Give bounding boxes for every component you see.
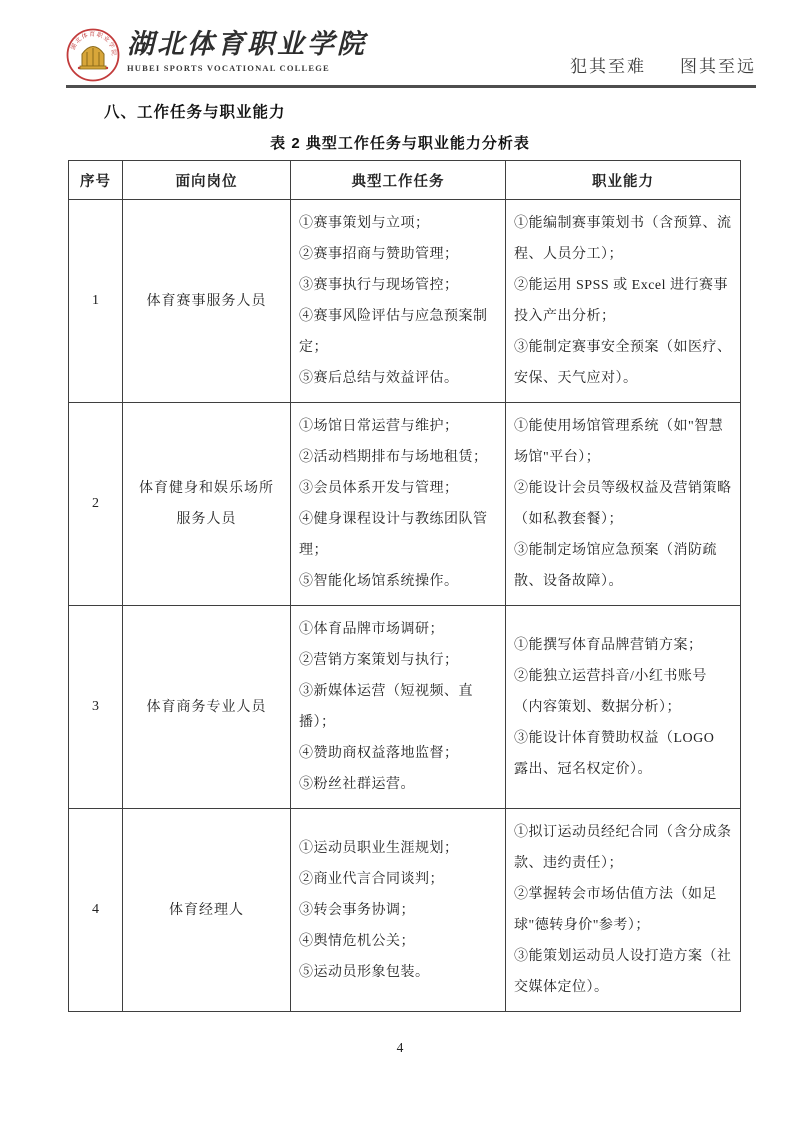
task-item: ①运动员职业生涯规划； bbox=[299, 833, 497, 864]
college-seal-icon: 湖北体育职业学院 bbox=[66, 28, 120, 82]
ability-item: ②能设计会员等级权益及营销策略（如私教套餐）； bbox=[514, 473, 732, 535]
task-item: ⑤粉丝社群运营。 bbox=[299, 769, 497, 800]
cell-abilities: ①拟订运动员经纪合同（含分成条款、违约责任）； ②掌握转会市场估值方法（如足球"… bbox=[506, 809, 741, 1012]
task-item: ④赞助商权益落地监督； bbox=[299, 738, 497, 769]
task-item: ③新媒体运营（短视频、直播）； bbox=[299, 676, 497, 738]
cell-tasks: ①运动员职业生涯规划； ②商业代言合同谈判； ③转会事务协调； ④舆情危机公关；… bbox=[291, 809, 506, 1012]
task-item: ③转会事务协调； bbox=[299, 895, 497, 926]
task-item: ④舆情危机公关； bbox=[299, 926, 497, 957]
col-header-tasks: 典型工作任务 bbox=[291, 161, 506, 200]
cell-tasks: ①体育品牌市场调研； ②营销方案策划与执行； ③新媒体运营（短视频、直播）； ④… bbox=[291, 606, 506, 809]
cell-no: 2 bbox=[69, 403, 123, 606]
ability-item: ②能独立运营抖音/小红书账号（内容策划、数据分析）； bbox=[514, 661, 732, 723]
section-heading: 八、工作任务与职业能力 bbox=[104, 100, 286, 122]
task-item: ①体育品牌市场调研； bbox=[299, 614, 497, 645]
table-row: 4 体育经理人 ①运动员职业生涯规划； ②商业代言合同谈判； ③转会事务协调； … bbox=[69, 809, 741, 1012]
task-item: ③赛事执行与现场管控； bbox=[299, 270, 497, 301]
task-item: ①场馆日常运营与维护； bbox=[299, 411, 497, 442]
task-item: ③会员体系开发与管理； bbox=[299, 473, 497, 504]
college-name-en: HUBEI SPORTS VOCATIONAL COLLEGE bbox=[127, 63, 367, 73]
page-header: 湖北体育职业学院 湖北体育职业学院 HUBEI SPORTS VOCATIONA… bbox=[66, 26, 756, 88]
cell-position: 体育经理人 bbox=[123, 809, 291, 1012]
college-name-block: 湖北体育职业学院 HUBEI SPORTS VOCATIONAL COLLEGE bbox=[127, 30, 367, 73]
cell-no: 4 bbox=[69, 809, 123, 1012]
cell-tasks: ①赛事策划与立项； ②赛事招商与赞助管理； ③赛事执行与现场管控； ④赛事风险评… bbox=[291, 200, 506, 403]
task-item: ⑤智能化场馆系统操作。 bbox=[299, 566, 497, 597]
analysis-table: 序号 面向岗位 典型工作任务 职业能力 1 体育赛事服务人员 ①赛事策划与立项；… bbox=[68, 160, 741, 1012]
motto-part2: 图其至远 bbox=[680, 57, 756, 76]
task-item: ④赛事风险评估与应急预案制定； bbox=[299, 301, 497, 363]
table-row: 2 体育健身和娱乐场所服务人员 ①场馆日常运营与维护； ②活动档期排布与场地租赁… bbox=[69, 403, 741, 606]
motto-part1: 犯其至难 bbox=[570, 57, 646, 76]
ability-item: ③能制定场馆应急预案（消防疏散、设备故障）。 bbox=[514, 535, 732, 597]
table-row: 1 体育赛事服务人员 ①赛事策划与立项； ②赛事招商与赞助管理； ③赛事执行与现… bbox=[69, 200, 741, 403]
col-header-abilities: 职业能力 bbox=[506, 161, 741, 200]
cell-abilities: ①能使用场馆管理系统（如"智慧场馆"平台）； ②能设计会员等级权益及营销策略（如… bbox=[506, 403, 741, 606]
cell-tasks: ①场馆日常运营与维护； ②活动档期排布与场地租赁； ③会员体系开发与管理； ④健… bbox=[291, 403, 506, 606]
college-motto: 犯其至难图其至远 bbox=[570, 52, 756, 77]
cell-no: 3 bbox=[69, 606, 123, 809]
table-row: 3 体育商务专业人员 ①体育品牌市场调研； ②营销方案策划与执行； ③新媒体运营… bbox=[69, 606, 741, 809]
table-header-row: 序号 面向岗位 典型工作任务 职业能力 bbox=[69, 161, 741, 200]
ability-item: ①能编制赛事策划书（含预算、流程、人员分工）； bbox=[514, 208, 732, 270]
cell-position: 体育赛事服务人员 bbox=[123, 200, 291, 403]
document-page: 湖北体育职业学院 湖北体育职业学院 HUBEI SPORTS VOCATIONA… bbox=[0, 0, 800, 1131]
cell-position: 体育健身和娱乐场所服务人员 bbox=[123, 403, 291, 606]
task-item: ⑤赛后总结与效益评估。 bbox=[299, 363, 497, 394]
task-item: ②营销方案策划与执行； bbox=[299, 645, 497, 676]
col-header-no: 序号 bbox=[69, 161, 123, 200]
ability-item: ②能运用 SPSS 或 Excel 进行赛事投入产出分析； bbox=[514, 270, 732, 332]
col-header-position: 面向岗位 bbox=[123, 161, 291, 200]
ability-item: ②掌握转会市场估值方法（如足球"德转身价"参考）； bbox=[514, 879, 732, 941]
ability-item: ①拟订运动员经纪合同（含分成条款、违约责任）； bbox=[514, 817, 732, 879]
ability-item: ③能制定赛事安全预案（如医疗、安保、天气应对）。 bbox=[514, 332, 732, 394]
task-item: ⑤运动员形象包装。 bbox=[299, 957, 497, 988]
table-title: 表 2 典型工作任务与职业能力分析表 bbox=[0, 132, 800, 153]
ability-item: ③能设计体育赞助权益（LOGO 露出、冠名权定价）。 bbox=[514, 723, 732, 785]
cell-no: 1 bbox=[69, 200, 123, 403]
ability-item: ①能使用场馆管理系统（如"智慧场馆"平台）； bbox=[514, 411, 732, 473]
ability-item: ③能策划运动员人设打造方案（社交媒体定位）。 bbox=[514, 941, 732, 1003]
cell-abilities: ①能撰写体育品牌营销方案； ②能独立运营抖音/小红书账号（内容策划、数据分析）；… bbox=[506, 606, 741, 809]
task-item: ②商业代言合同谈判； bbox=[299, 864, 497, 895]
college-name-zh: 湖北体育职业学院 bbox=[127, 30, 367, 60]
cell-abilities: ①能编制赛事策划书（含预算、流程、人员分工）； ②能运用 SPSS 或 Exce… bbox=[506, 200, 741, 403]
ability-item: ①能撰写体育品牌营销方案； bbox=[514, 630, 732, 661]
college-brand: 湖北体育职业学院 湖北体育职业学院 HUBEI SPORTS VOCATIONA… bbox=[66, 26, 367, 82]
page-number: 4 bbox=[0, 1040, 800, 1056]
task-item: ①赛事策划与立项； bbox=[299, 208, 497, 239]
task-item: ④健身课程设计与教练团队管理； bbox=[299, 504, 497, 566]
task-item: ②活动档期排布与场地租赁； bbox=[299, 442, 497, 473]
cell-position: 体育商务专业人员 bbox=[123, 606, 291, 809]
task-item: ②赛事招商与赞助管理； bbox=[299, 239, 497, 270]
